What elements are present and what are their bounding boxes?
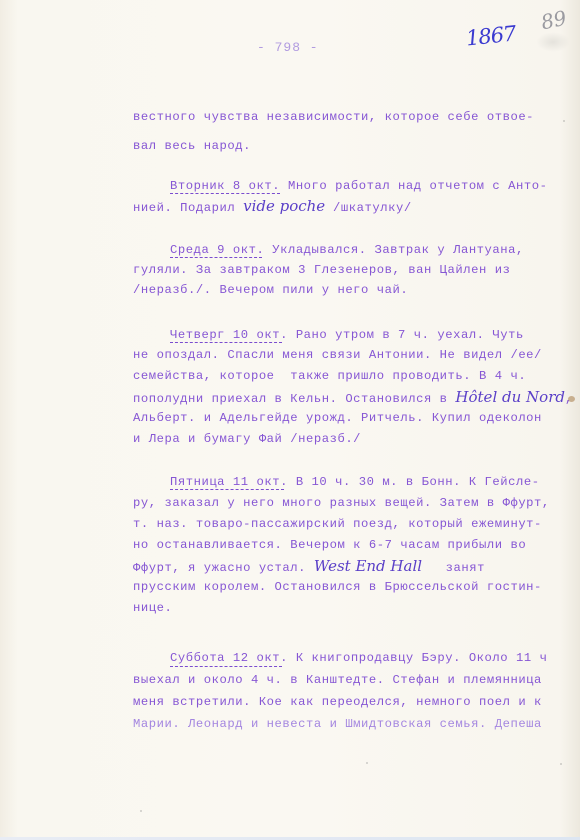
date-underline — [170, 193, 280, 194]
entry-thursday-line: Альберт. и Адельгейде урожд. Ритчель. Ку… — [133, 411, 542, 425]
entry-friday-line: нице. — [133, 601, 172, 615]
typed-text: занят — [422, 561, 485, 575]
handwritten-folio-number: 89 — [539, 6, 569, 35]
paper-speck — [563, 120, 565, 122]
entry-friday-line: ру, заказал у него много разных вещей. З… — [133, 496, 550, 510]
entry-thursday-line: пополудни приехал в Кельн. Остановился в… — [133, 390, 573, 406]
paper-speck — [366, 762, 368, 764]
intro-line: вестного чувства независимости, которое … — [133, 110, 534, 124]
date-underline — [170, 257, 262, 258]
typed-text: нией. Подарил — [133, 201, 243, 215]
date-underline — [170, 342, 282, 343]
pencil-smudge — [536, 32, 570, 52]
page-number: - 798 - — [257, 40, 319, 55]
typed-text: пополудни приехал в Кельн. Остановился в — [133, 392, 455, 406]
entry-tuesday-line: Вторник 8 окт. Много работал над отчетом… — [170, 179, 547, 193]
typed-text: Ффурт, я ужасно устал. — [133, 561, 314, 575]
handwritten-year-annotation: 1867 — [465, 21, 517, 50]
entry-saturday-line: Суббота 12 окт. К книгопродавцу Бэру. Ок… — [170, 651, 547, 665]
entry-saturday-line: меня встретили. Кое как переоделся, немн… — [133, 695, 542, 709]
handwritten-insert: Hôtel du Nord — [455, 388, 565, 406]
entry-friday-line: прусским королем. Остановился в Брюссель… — [133, 580, 542, 594]
entry-thursday-line: не опоздал. Спасли меня связи Антонии. Н… — [133, 348, 542, 362]
entry-friday-line: Ффурт, я ужасно устал. West End Hall зан… — [133, 559, 485, 575]
intro-line: вал весь народ. — [133, 139, 251, 153]
ink-stain — [568, 396, 575, 402]
handwritten-insert: West End Hall — [314, 557, 422, 575]
entry-friday-line: Пятница 11 окт. В 10 ч. 30 м. в Бонн. К … — [170, 475, 540, 489]
entry-friday-line: но останавливается. Вечером к 6-7 часам … — [133, 538, 526, 552]
entry-tuesday-line: нией. Подарил vide poche /шкатулку/ — [133, 199, 412, 215]
archival-typescript-page: - 798 - 1867 89 вестного чувства независ… — [0, 0, 580, 840]
paper-speck — [140, 810, 142, 812]
entry-wednesday-line: /неразб./. Вечером пили у него чай. — [133, 283, 408, 297]
entry-wednesday-line: Среда 9 окт. Укладывался. Завтрак у Лант… — [170, 243, 524, 257]
date-underline — [170, 666, 282, 667]
entry-thursday-line: Четверг 10 окт. Рано утром в 7 ч. уехал.… — [170, 328, 524, 342]
paper-speck — [560, 763, 562, 765]
entry-thursday-line: и Лера и бумагу Фай /неразб./ — [133, 432, 361, 446]
entry-saturday-line: выехал и около 4 ч. в Канштедте. Стефан … — [133, 673, 542, 687]
typed-text: /шкатулку/ — [325, 201, 412, 215]
entry-saturday-line: Марии. Леонард и невеста и Шмидтовская с… — [133, 717, 542, 731]
entry-wednesday-line: гуляли. За завтраком 3 Глезенеров, ван Ц… — [133, 263, 510, 277]
entry-friday-line: т. наз. товаро-пассажирский поезд, котор… — [133, 517, 542, 531]
date-underline — [170, 489, 284, 490]
handwritten-insert: vide poche — [243, 197, 325, 215]
entry-thursday-line: семейства, которое также пришло проводит… — [133, 369, 526, 383]
